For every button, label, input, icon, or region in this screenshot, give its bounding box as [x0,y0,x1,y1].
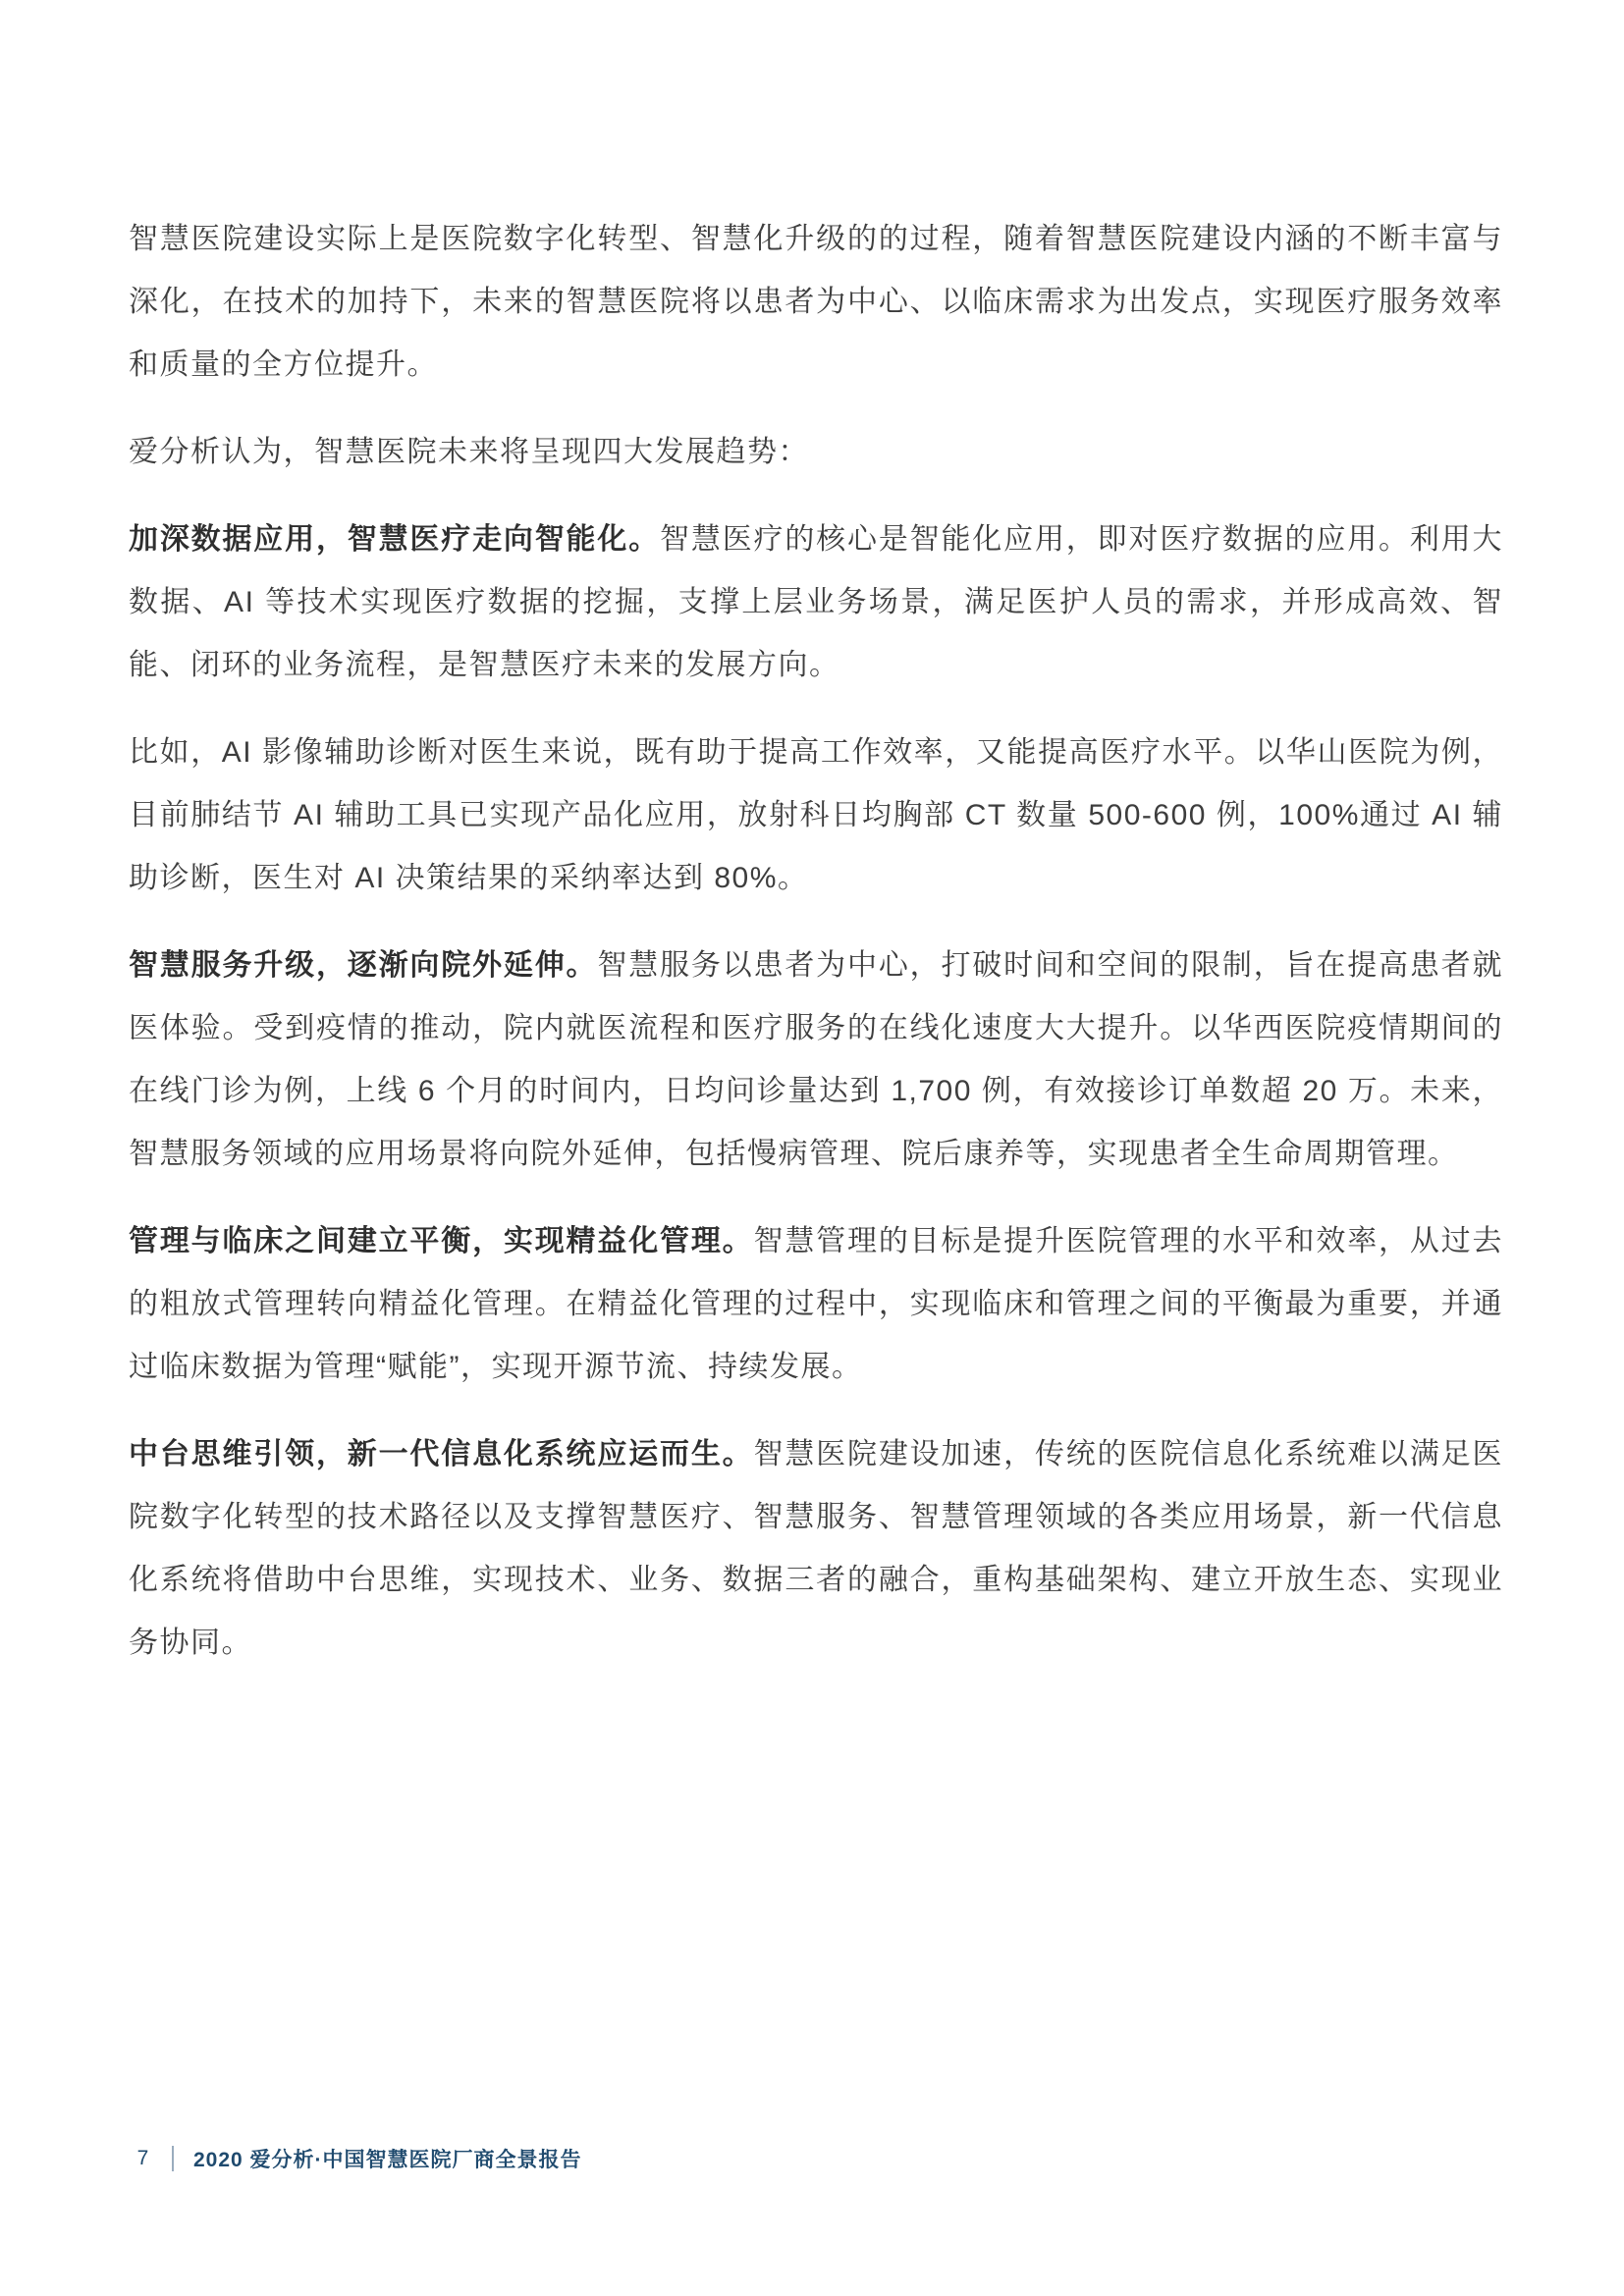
footer-divider [172,2146,174,2171]
paragraph-trends-intro: 爱分析认为，智慧医院未来将呈现四大发展趋势： [129,421,1503,484]
paragraph-text: 智慧服务以患者为中心，打破时间和空间的限制，旨在提高患者就医体验。受到疫情的推动… [129,949,1503,1170]
paragraph-lead: 管理与临床之间建立平衡，实现精益化管理。 [129,1225,754,1257]
paragraph-text: 智慧医院建设实际上是医院数字化转型、智慧化升级的的过程，随着智慧医院建设内涵的不… [129,223,1503,381]
paragraph-text: 比如，AI 影像辅助诊断对医生来说，既有助于提高工作效率，又能提高医疗水平。以华… [129,736,1503,894]
page-number: 7 [129,2147,158,2170]
paragraph-trend-2-smart-service: 智慧服务升级，逐渐向院外延伸。智慧服务以患者为中心，打破时间和空间的限制，旨在提… [129,934,1503,1186]
paragraph-text: 智慧医院建设加速，传统的医院信息化系统难以满足医院数字化转型的技术路径以及支撑智… [129,1438,1503,1659]
paragraph-text: 爱分析认为，智慧医院未来将呈现四大发展趋势： [129,436,809,468]
paragraph-trend-1-data-application: 加深数据应用，智慧医疗走向智能化。智慧医疗的核心是智能化应用，即对医疗数据的应用… [129,508,1503,697]
paragraph-intro: 智慧医院建设实际上是医院数字化转型、智慧化升级的的过程，随着智慧医院建设内涵的不… [129,208,1503,397]
paragraph-lead: 中台思维引领，新一代信息化系统应运而生。 [129,1438,754,1470]
paragraph-lead: 智慧服务升级，逐渐向院外延伸。 [129,949,597,982]
paragraph-trend-4-middle-platform: 中台思维引领，新一代信息化系统应运而生。智慧医院建设加速，传统的医院信息化系统难… [129,1423,1503,1675]
paragraph-ai-imaging-example: 比如，AI 影像辅助诊断对医生来说，既有助于提高工作效率，又能提高医疗水平。以华… [129,721,1503,910]
page-body-text: 智慧医院建设实际上是医院数字化转型、智慧化升级的的过程，随着智慧医院建设内涵的不… [129,208,1503,1699]
page-footer: 7 2020 爱分析·中国智慧医院厂商全景报告 [129,2144,582,2173]
paragraph-lead: 加深数据应用，智慧医疗走向智能化。 [129,523,660,556]
footer-report-title: 2020 爱分析·中国智慧医院厂商全景报告 [193,2144,582,2173]
report-page: 智慧医院建设实际上是医院数字化转型、智慧化升级的的过程，随着智慧医院建设内涵的不… [0,0,1624,2296]
paragraph-trend-3-lean-management: 管理与临床之间建立平衡，实现精益化管理。智慧管理的目标是提升医院管理的水平和效率… [129,1210,1503,1399]
